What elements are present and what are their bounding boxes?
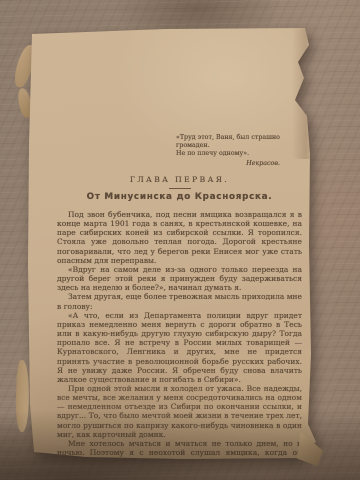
bottom-shadow (0, 410, 360, 480)
book-page: «Труд этот, Ваня, был страшно громаден. … (26, 24, 318, 462)
epigraph: «Труд этот, Ваня, был страшно громаден. … (176, 134, 302, 168)
epigraph-attribution: Некрасов. (176, 160, 302, 168)
paragraph: Затем другая, еще более тревожная мысль … (57, 292, 302, 310)
paragraph: «А что, если из Департамента полиции вдр… (57, 311, 302, 384)
book-page-wrapper: «Труд этот, Ваня, был страшно громаден. … (0, 0, 360, 480)
paragraph: Под звон бубенчика, под песни ямщика воз… (57, 210, 302, 265)
chapter-heading: ГЛАВА ПЕРВАЯ. (57, 175, 302, 184)
paragraph: «Вдруг на самом деле из-за одного только… (57, 265, 302, 292)
epigraph-line: Не по плечу одному». (176, 150, 302, 158)
photo-of-book-page: «Труд этот, Ваня, был страшно громаден. … (0, 0, 360, 480)
epigraph-line: «Труд этот, Ваня, был страшно громаден. (176, 134, 302, 150)
section-title: От Минусинска до Красноярска. (57, 192, 302, 202)
heading-divider (169, 188, 191, 189)
page-content: «Труд этот, Ваня, был страшно громаден. … (57, 24, 302, 475)
